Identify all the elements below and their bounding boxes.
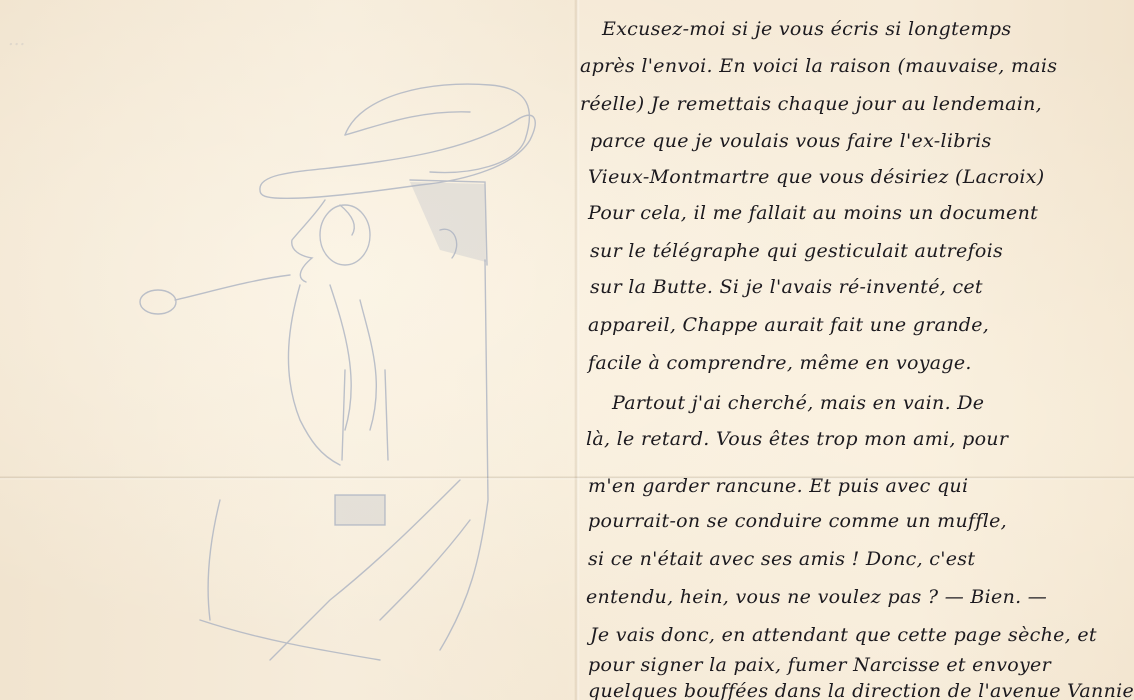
letter-line: appareil, Chappe aurait fait une grande, xyxy=(588,314,989,336)
letter-line: Vieux-Montmartre que vous désiriez (Lacr… xyxy=(588,166,1044,188)
letter-line: pourrait-on se conduire comme un muffle, xyxy=(588,510,1007,532)
letter-line: parce que je voulais vous faire l'ex-lib… xyxy=(590,130,992,152)
letter-line: pour signer la paix, fumer Narcisse et e… xyxy=(588,654,1051,676)
letter-line: facile à comprendre, même en voyage. xyxy=(588,352,972,374)
letter-line: entendu, hein, vous ne voulez pas ? — Bi… xyxy=(586,586,1047,608)
letter-line: après l'envoi. En voici la raison (mauva… xyxy=(580,55,1057,77)
letter-line: là, le retard. Vous êtes trop mon ami, p… xyxy=(586,428,1008,450)
pencil-portrait-sketch xyxy=(0,0,574,700)
letter-line: Pour cela, il me fallait au moins un doc… xyxy=(588,202,1038,224)
letter-line: si ce n'était avec ses amis ! Donc, c'es… xyxy=(588,548,975,570)
letter-line: Partout j'ai cherché, mais en vain. De xyxy=(612,392,984,414)
letter-line: réelle) Je remettais chaque jour au lend… xyxy=(580,93,1042,115)
letter-line: quelques bouffées dans la direction de l… xyxy=(588,680,1134,700)
letter-line: Excusez-moi si je vous écris si longtemp… xyxy=(602,18,1011,40)
letter-text-page: Excusez-moi si je vous écris si longtemp… xyxy=(580,0,1134,700)
letter-line: Je vais donc, en attendant que cette pag… xyxy=(590,624,1097,646)
left-page: ... xyxy=(0,0,574,700)
letter-line: sur le télégraphe qui gesticulait autref… xyxy=(590,240,1003,262)
letter-line: m'en garder rancune. Et puis avec qui xyxy=(588,475,968,497)
letter-line: sur la Butte. Si je l'avais ré-inventé, … xyxy=(590,276,983,298)
